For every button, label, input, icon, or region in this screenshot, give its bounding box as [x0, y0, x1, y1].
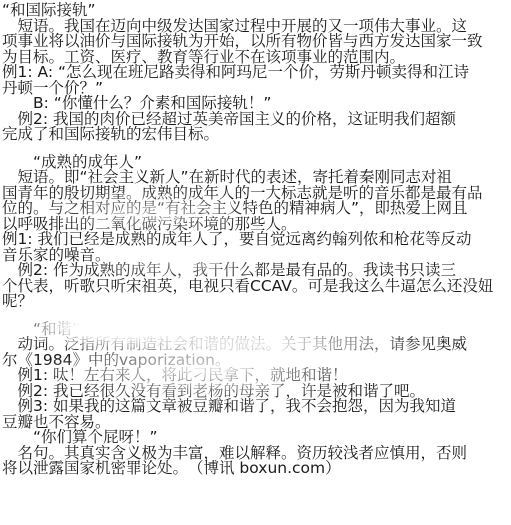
section-chengshu-de-chengnianren: “成熟的成年人” 短语。即“社会主义新人”在新时代的表述，寄托着秦刚同志对祖国青…: [2, 155, 509, 310]
document-body: “和国际接轨” 短语。我国在迈向中级发达国家过程中开展的又一项伟大事业。这项事业…: [2, 3, 509, 477]
page: { "colors": { "text": "#1b1b1b", "backgr…: [0, 0, 511, 525]
text-line: 呢？: [2, 294, 509, 310]
article-text: “和国际接轨” 短语。我国在迈向中级发达国家过程中开展的又一项伟大事业。这项事业…: [0, 0, 511, 525]
text-line: 将以泄露国家机密罪论处。 （博讯 boxun.com）: [2, 461, 509, 477]
section-he-guoji-jiegui: “和国际接轨” 短语。我国在迈向中级发达国家过程中开展的又一项伟大事业。这项事业…: [2, 3, 509, 143]
text-line: 个代表，听歌只听宋祖英，电视只看CCAV。可是我这么牛逼怎么还没妞: [2, 279, 509, 295]
section-hexie: “和谐” 动词。泛指所有制造社会和谐的做法。关于其他用法，请参见奥威尔《1984…: [2, 322, 509, 431]
text-line: 完成了和国际接轨的宏伟目标。: [2, 127, 509, 143]
section-nimen-suan-ge-pi-ya: “你们算个屁呀！” 名句。其真实含义极为丰富，难以解释。资历较浅者应慎用，否则将…: [2, 430, 509, 477]
